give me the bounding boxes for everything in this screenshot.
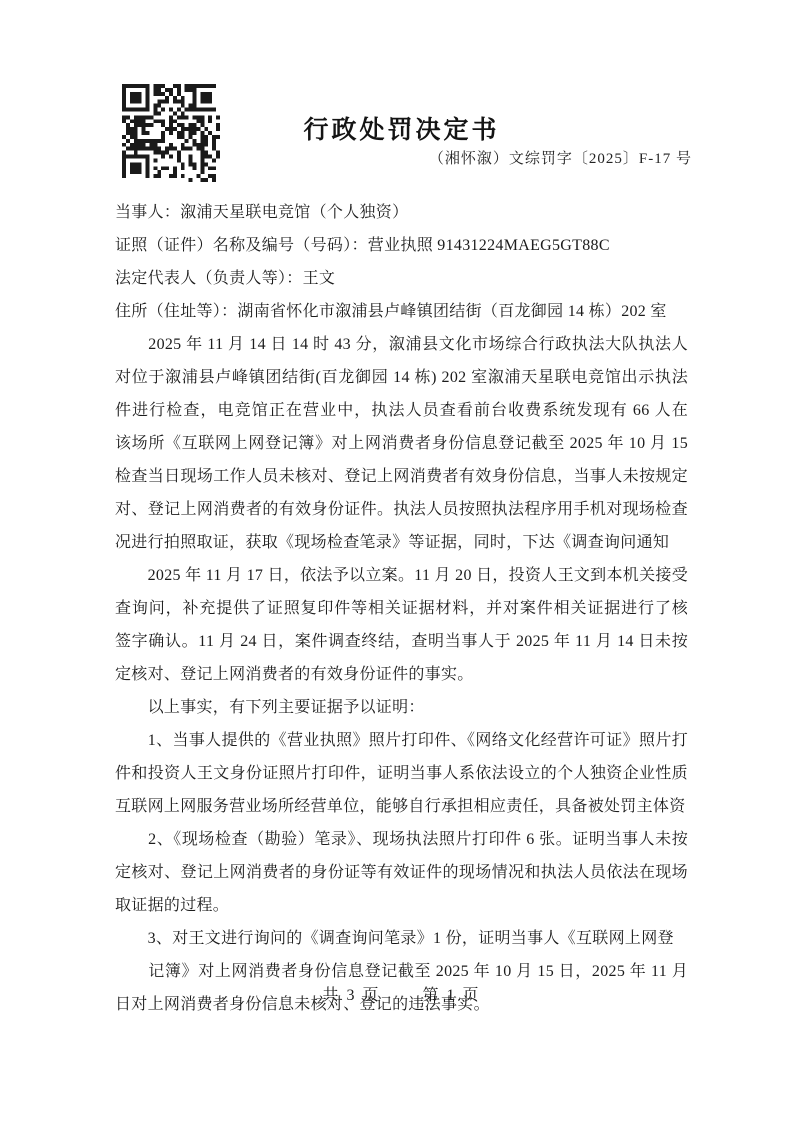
text-line: 当事人：溆浦天星联电竞馆（个人独资） (115, 196, 688, 229)
text-line: 互联网上网服务营业场所经营单位，能够自行承担相应责任，具备被处罚主体资格。 (115, 790, 688, 823)
document-number: （湘怀溆）文综罚字〔2025〕F-17 号 (115, 147, 692, 168)
document-body: 当事人：溆浦天星联电竞馆（个人独资）证照（证件）名称及编号（号码）：营业执照 9… (115, 196, 688, 1021)
text-line: 2025 年 11 月 17 日，依法予以立案。11 月 20 日，投资人王文到… (115, 559, 688, 592)
penalty-decision-document: 行政处罚决定书 （湘怀溆）文综罚字〔2025〕F-17 号 当事人：溆浦天星联电… (0, 0, 800, 1132)
text-line: 3、对王文进行询问的《调查询问笔录》1 份，证明当事人《互联网上网登 (115, 922, 688, 955)
text-line: 件进行检查，电竞馆正在营业中，执法人员查看前台收费系统发现有 66 人在线， (115, 394, 688, 427)
document-title: 行政处罚决定书 (115, 110, 688, 146)
text-line: 查询问，补充提供了证照复印件等相关证据材料，并对案件相关证据进行了核实、 (115, 592, 688, 625)
text-line: 证照（证件）名称及编号（号码）：营业执照 91431224MAEG5GT88C (115, 229, 688, 262)
text-line: 2025 年 11 月 14 日 14 时 43 分，溆浦县文化市场综合行政执法… (115, 328, 688, 361)
page-footer: 共 3 页第 1 页 (115, 982, 688, 1005)
current-page-label: 第 1 页 (423, 987, 481, 1004)
text-line: 签字确认。11 月 24 日，案件调查终结，查明当事人于 2025 年 11 月… (115, 625, 688, 658)
text-line: 住所（住址等）：湖南省怀化市溆浦县卢峰镇团结街（百龙御园 14 栋）202 室 (115, 295, 688, 328)
text-line: 对位于溆浦县卢峰镇团结街(百龙御园 14 栋) 202 室溆浦天星联电竞馆出示执… (115, 361, 688, 394)
text-line: 1、当事人提供的《营业执照》照片打印件、《网络文化经营许可证》照片打印 (115, 724, 688, 757)
text-line: 检查当日现场工作人员未核对、登记上网消费者有效身份信息，当事人未按规定核 (115, 460, 688, 493)
text-line: 况进行拍照取证，获取《现场检查笔录》等证据，同时，下达《调查询问通知书》。 (115, 526, 688, 559)
text-line: 取证据的过程。 (115, 889, 688, 922)
total-pages-label: 共 3 页 (322, 987, 380, 1004)
text-line: 定核对、登记上网消费者的身份证等有效证件的现场情况和执法人员依法在现场获 (115, 856, 688, 889)
text-line: 件和投资人王文身份证照片打印件，证明当事人系依法设立的个人独资企业性质的 (115, 757, 688, 790)
text-line: 对、登记上网消费者的有效身份证件。执法人员按照执法程序用手机对现场检查情 (115, 493, 688, 526)
text-line: 该场所《互联网上网登记簿》对上网消费者身份信息登记截至 2025 年 10 月 … (115, 427, 688, 460)
text-line: 定核对、登记上网消费者的有效身份证件的事实。 (115, 658, 688, 691)
text-line: 以上事实，有下列主要证据予以证明： (115, 691, 688, 724)
text-line: 2、《现场检查（勘验）笔录》、现场执法照片打印件 6 张。证明当事人未按规 (115, 823, 688, 856)
text-line: 法定代表人（负责人等）：王文 (115, 262, 688, 295)
